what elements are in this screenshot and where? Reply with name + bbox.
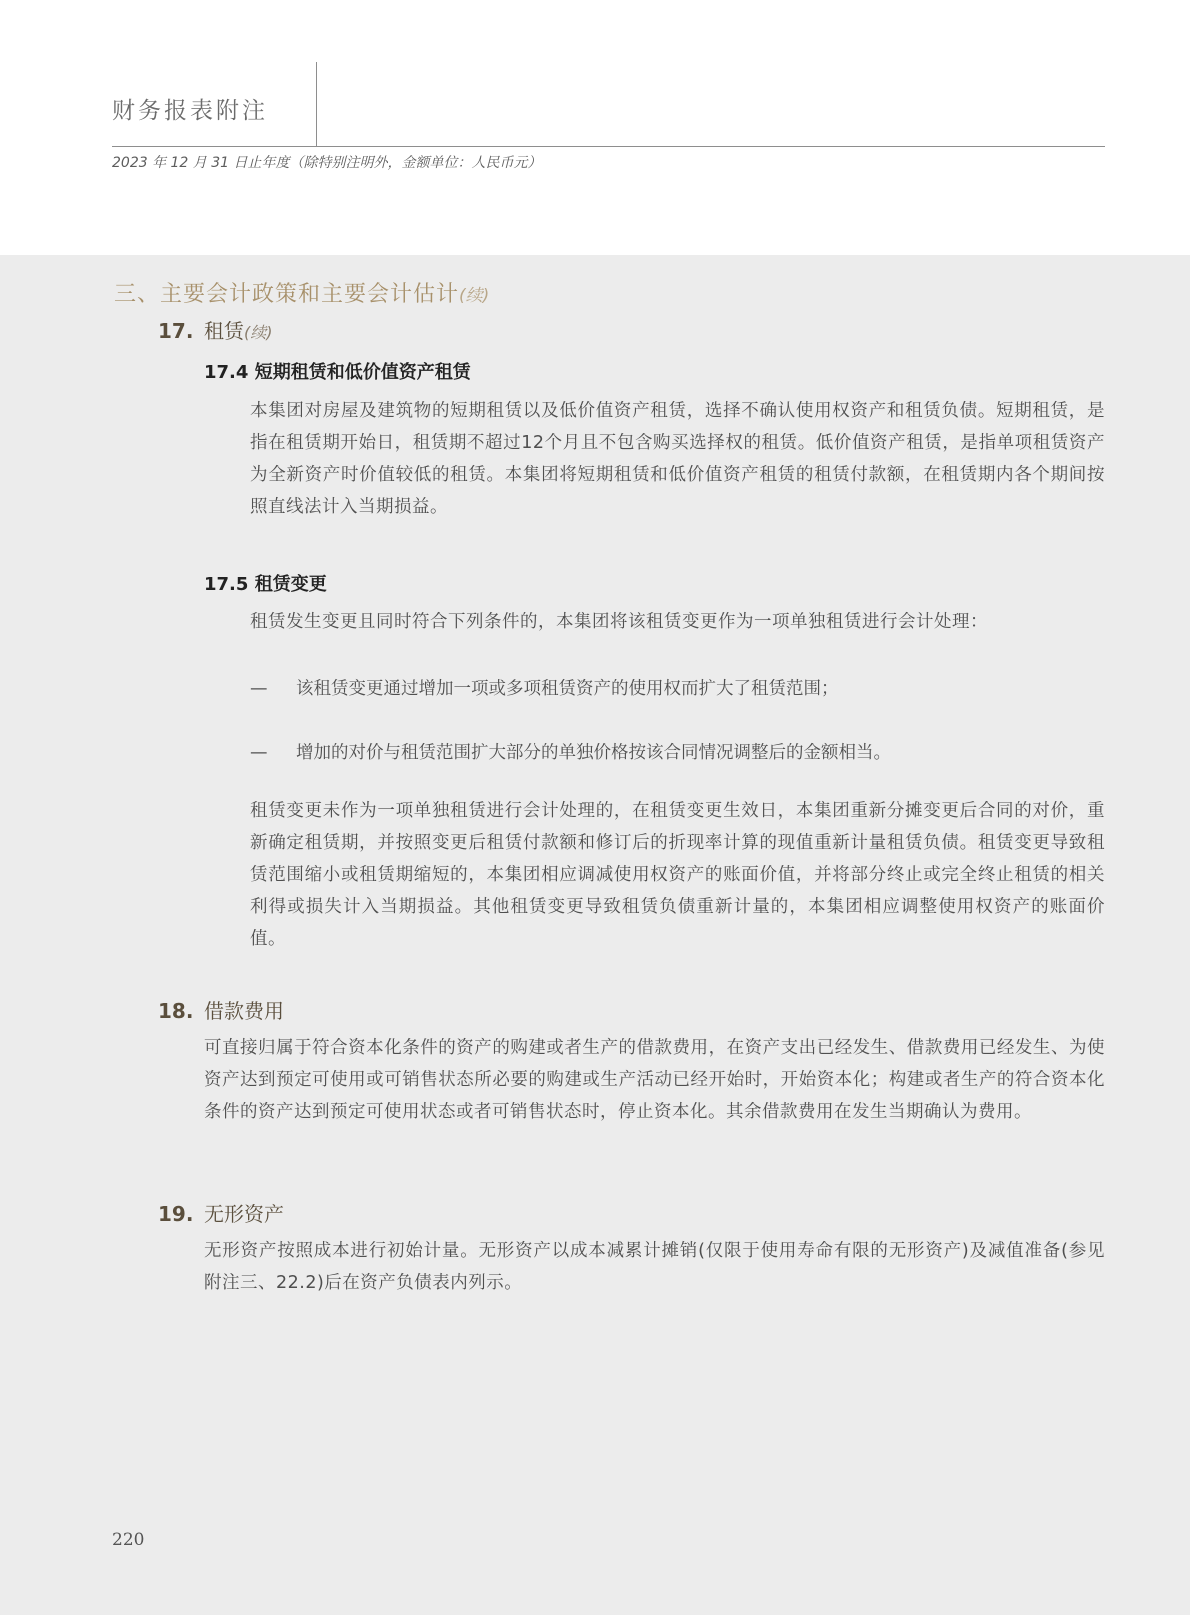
header-divider-vertical (316, 62, 317, 147)
section-heading: 三、主要会计政策和主要会计估计(续) (114, 277, 489, 308)
list-item-text: 增加的对价与租赁范围扩大部分的单独价格按该合同情况调整后的金额相当。 (296, 743, 891, 763)
paragraph-18: 可直接归属于符合资本化条件的资产的购建或者生产的借款费用，在资产支出已经发生、借… (204, 1032, 1105, 1128)
paragraph-19: 无形资产按照成本进行初始计量。无形资产以成本减累计摊销(仅限于使用寿命有限的无形… (204, 1235, 1105, 1299)
list-item: —增加的对价与租赁范围扩大部分的单独价格按该合同情况调整后的金额相当。 (250, 739, 891, 764)
list-item: —该租赁变更通过增加一项或多项租赁资产的使用权而扩大了租赁范围； (250, 675, 839, 700)
item-heading-17: 17.租赁(续) (158, 315, 273, 344)
header-divider-horizontal (112, 146, 1105, 147)
page-header: 财务报表附注 2023 年 12 月 31 日止年度（除特别注明外，金额单位：人… (0, 0, 1190, 255)
subsection-number: 17.4 (204, 362, 248, 383)
item-title: 借款费用 (204, 999, 284, 1023)
item-continued-label: (续) (244, 323, 273, 342)
item-heading-18: 18.借款费用 (158, 995, 284, 1024)
item-heading-19: 19.无形资产 (158, 1198, 284, 1227)
document-title: 财务报表附注 (112, 92, 268, 125)
item-number: 18. (158, 999, 204, 1023)
item-title: 租赁 (204, 319, 244, 343)
dash-bullet-icon: — (250, 743, 296, 763)
item-number: 19. (158, 1202, 204, 1226)
paragraph-17-4: 本集团对房屋及建筑物的短期租赁以及低价值资产租赁，选择不确认使用权资产和租赁负债… (250, 395, 1105, 523)
subsection-number: 17.5 (204, 574, 248, 595)
page-number: 220 (112, 1530, 144, 1550)
list-item-text: 该租赁变更通过增加一项或多项租赁资产的使用权而扩大了租赁范围； (296, 679, 839, 699)
subsection-title: 短期租赁和低价值资产租赁 (255, 362, 471, 383)
section-continued-label: (续) (459, 286, 489, 306)
section-heading-text: 三、主要会计政策和主要会计估计 (114, 282, 459, 307)
item-number: 17. (158, 319, 204, 343)
document-subtitle: 2023 年 12 月 31 日止年度（除特别注明外，金额单位：人民币元） (112, 152, 542, 172)
dash-bullet-icon: — (250, 679, 296, 699)
subsection-heading-17-4: 17.4 短期租赁和低价值资产租赁 (204, 358, 471, 384)
paragraph-17-5-intro: 租赁发生变更且同时符合下列条件的，本集团将该租赁变更作为一项单独租赁进行会计处理… (250, 606, 1105, 638)
paragraph-17-5: 租赁变更未作为一项单独租赁进行会计处理的，在租赁变更生效日，本集团重新分摊变更后… (250, 795, 1105, 955)
item-title: 无形资产 (204, 1202, 284, 1226)
subsection-heading-17-5: 17.5 租赁变更 (204, 570, 327, 596)
subsection-title: 租赁变更 (255, 574, 327, 595)
